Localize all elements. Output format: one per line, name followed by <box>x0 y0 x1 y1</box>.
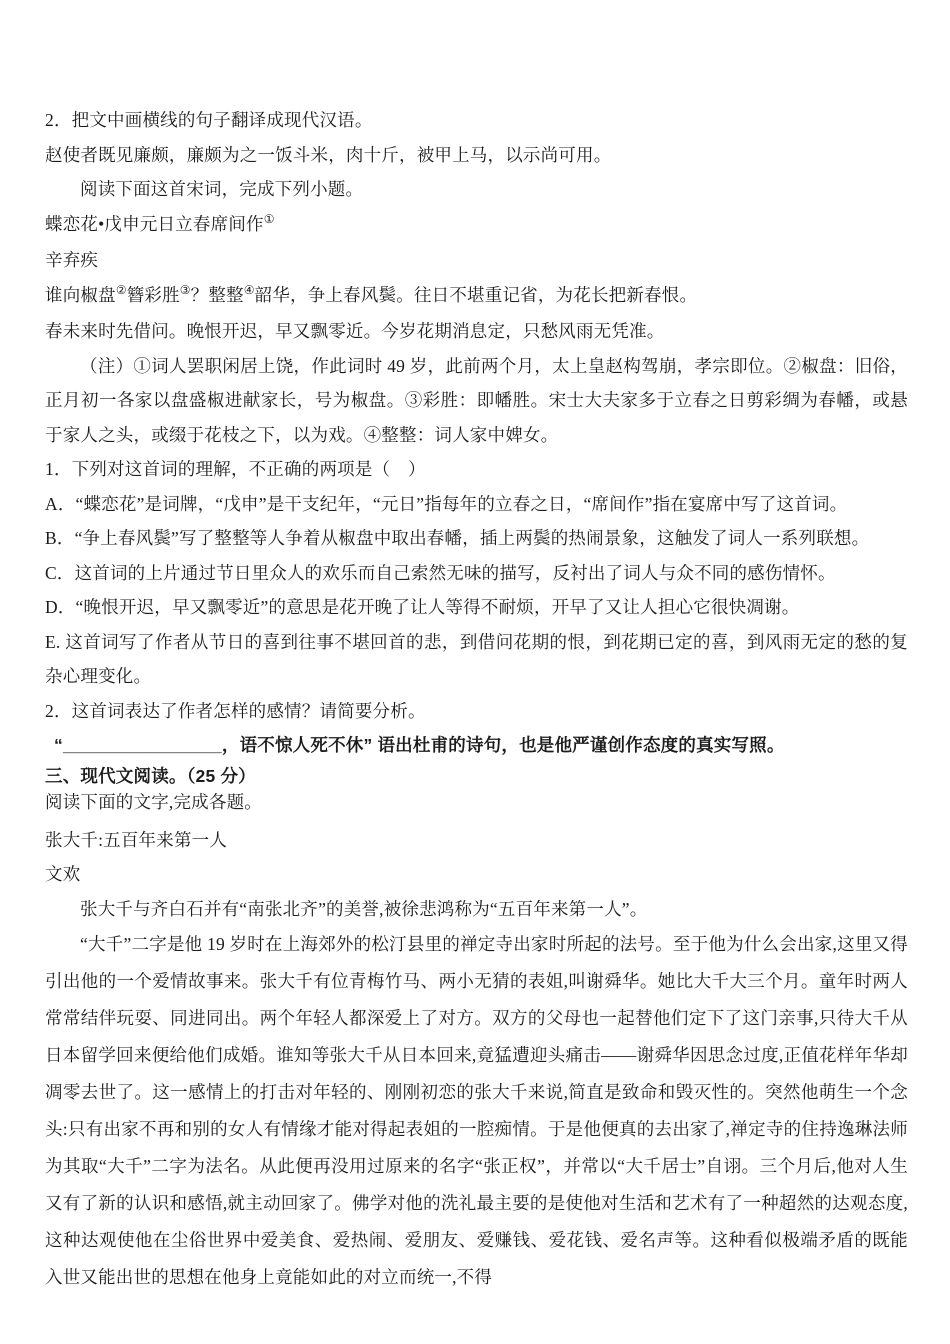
question-2-translation: 2．把文中画横线的句子翻译成现代汉语。 <box>45 103 908 138</box>
article-paragraph-2: “大千”二字是他 19 岁时在上海郊外的松汀县里的禅定寺出家时所起的法号。至于他… <box>45 926 908 1296</box>
article-author: 文欢 <box>45 857 908 892</box>
poem-reading-instruction: 阅读下面这首宋词，完成下列小题。 <box>45 172 908 207</box>
option-e: E. 这首词写了作者从节日的喜到往事不堪回首的悲，到借问花期的恨，到花期已定的喜… <box>45 625 908 694</box>
article-title: 张大千:五百年来第一人 <box>45 823 908 858</box>
classical-sentence: 赵使者既见廉颇，廉颇为之一饭斗米，肉十斤，被甲上马，以示尚可用。 <box>45 138 908 173</box>
document-page: 2．把文中画横线的句子翻译成现代汉语。 赵使者既见廉颇，廉颇为之一饭斗米，肉十斤… <box>0 0 950 1344</box>
poem-stanza-2: 春未来时先借问。晚恨开迟，早又飘零近。今岁花期消息定，只愁风雨无凭准。 <box>45 314 908 349</box>
option-d: D．“晚恨开迟，早又飘零近”的意思是花开晚了让人等得不耐烦，开早了又让人担心它很… <box>45 590 908 625</box>
poem-author: 辛弃疾 <box>45 243 908 278</box>
article-paragraph-1: 张大千与齐白石并有“南张北齐”的美誉,被徐悲鸿称为“五百年来第一人”。 <box>45 892 908 927</box>
fill-in-blank-sentence: “________________，语不惊人死不休” 语出杜甫的诗句，也是他严谨… <box>45 728 908 763</box>
question-2-poem: 2．这首词表达了作者怎样的感情？请简要分析。 <box>45 694 908 729</box>
option-b: B．“争上春风鬓”写了整整等人争着从椒盘中取出春幡，插上两鬓的热闹景象，这触发了… <box>45 521 908 556</box>
poem-stanza-1: 谁向椒盘②簪彩胜③？整整④韶华，争上春风鬓。往日不堪重记省，为花长把新春恨。 <box>45 278 908 315</box>
option-a: A．“蝶恋花”是词牌，“戊申”是干支纪年，“元日”指每年的立春之日，“席间作”指… <box>45 487 908 522</box>
poem-title: 蝶恋花•戊申元日立春席间作① <box>45 207 908 244</box>
modern-reading-instruction: 阅读下面的文字,完成各题。 <box>45 789 908 815</box>
option-c: C．这首词的上片通过节日里众人的欢乐而自己索然无味的描写，反衬出了词人与众不同的… <box>45 556 908 591</box>
section-heading-modern-reading: 三、现代文阅读。（25 分） <box>45 763 908 789</box>
question-1-poem: 1．下列对这首词的理解，不正确的两项是（ ） <box>45 452 908 487</box>
poem-annotations: （注）①词人罢职闲居上饶，作此词时 49 岁，此前两个月，太上皇赵构驾崩，孝宗即… <box>45 349 908 453</box>
